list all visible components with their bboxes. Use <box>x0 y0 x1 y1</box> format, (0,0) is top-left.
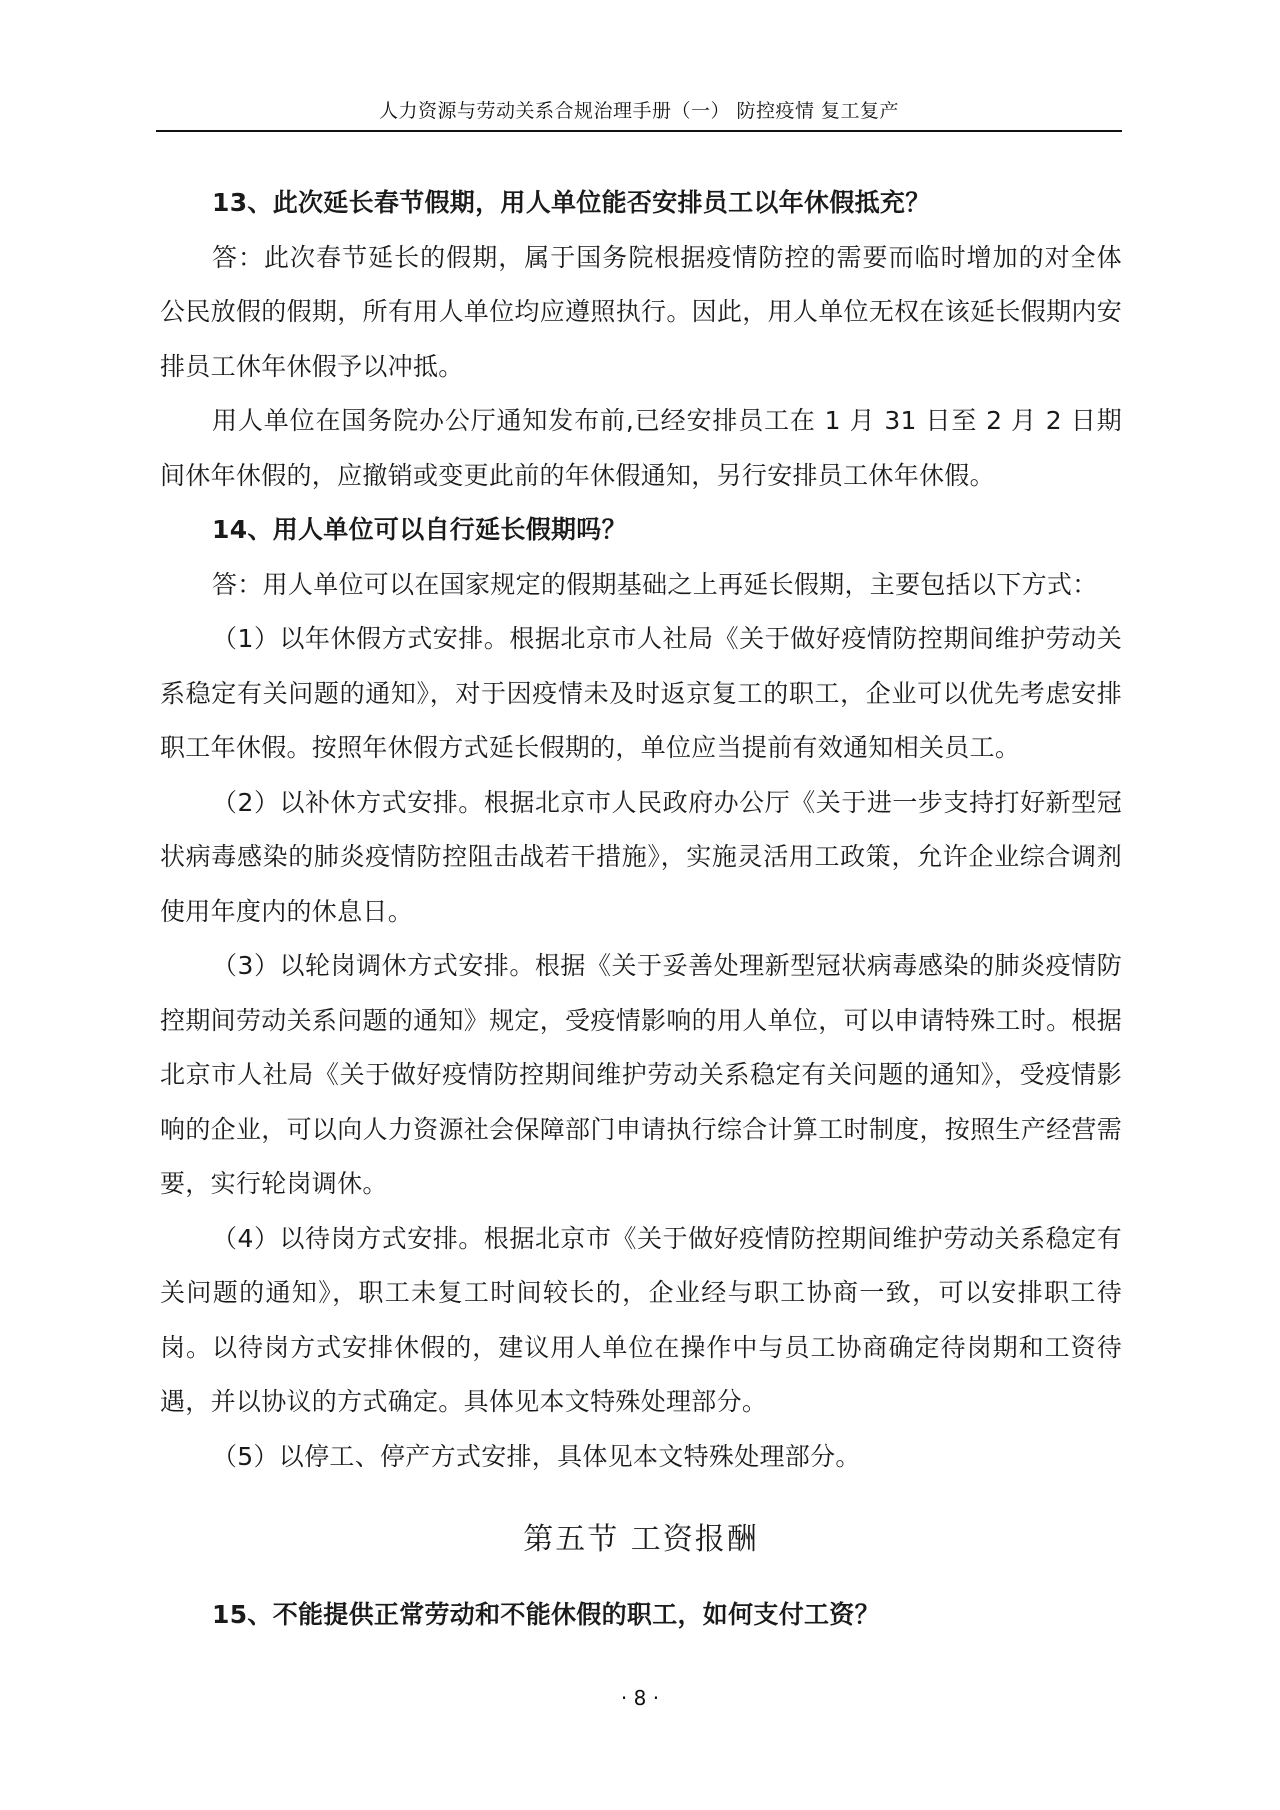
question-15: 15、不能提供正常劳动和不能休假的职工，如何支付工资？ <box>160 1588 1122 1643</box>
section-title: 第五节 工资报酬 <box>160 1514 1122 1558</box>
answer-14-item-4: （4）以待岗方式安排。根据北京市《关于做好疫情防控期间维护劳动关系稳定有关问题的… <box>160 1212 1122 1430</box>
running-header: 人力资源与劳动关系合规治理手册（一） 防控疫情 复工复产 <box>156 96 1122 123</box>
answer-14-intro: 答：用人单位可以在国家规定的假期基础之上再延长假期，主要包括以下方式： <box>160 558 1122 613</box>
page-body: 13、此次延长春节假期，用人单位能否安排员工以年休假抵充？ 答：此次春节延长的假… <box>160 176 1122 1643</box>
answer-14-item-2: （2）以补休方式安排。根据北京市人民政府办公厅《关于进一步支持打好新型冠状病毒感… <box>160 776 1122 940</box>
answer-13-paragraph-2: 用人单位在国务院办公厅通知发布前,已经安排员工在 1 月 31 日至 2 月 2… <box>160 394 1122 503</box>
answer-14-item-1: （1）以年休假方式安排。根据北京市人社局《关于做好疫情防控期间维护劳动关系稳定有… <box>160 612 1122 776</box>
answer-14-item-5: （5）以停工、停产方式安排，具体见本文特殊处理部分。 <box>160 1430 1122 1485</box>
answer-14-item-3: （3）以轮岗调休方式安排。根据《关于妥善处理新型冠状病毒感染的肺炎疫情防控期间劳… <box>160 939 1122 1212</box>
header-rule <box>156 130 1122 132</box>
answer-13-paragraph-1: 答：此次春节延长的假期，属于国务院根据疫情防控的需要而临时增加的对全体公民放假的… <box>160 231 1122 395</box>
page-number: · 8 · <box>0 1686 1280 1710</box>
question-13: 13、此次延长春节假期，用人单位能否安排员工以年休假抵充？ <box>160 176 1122 231</box>
question-14: 14、用人单位可以自行延长假期吗？ <box>160 503 1122 558</box>
